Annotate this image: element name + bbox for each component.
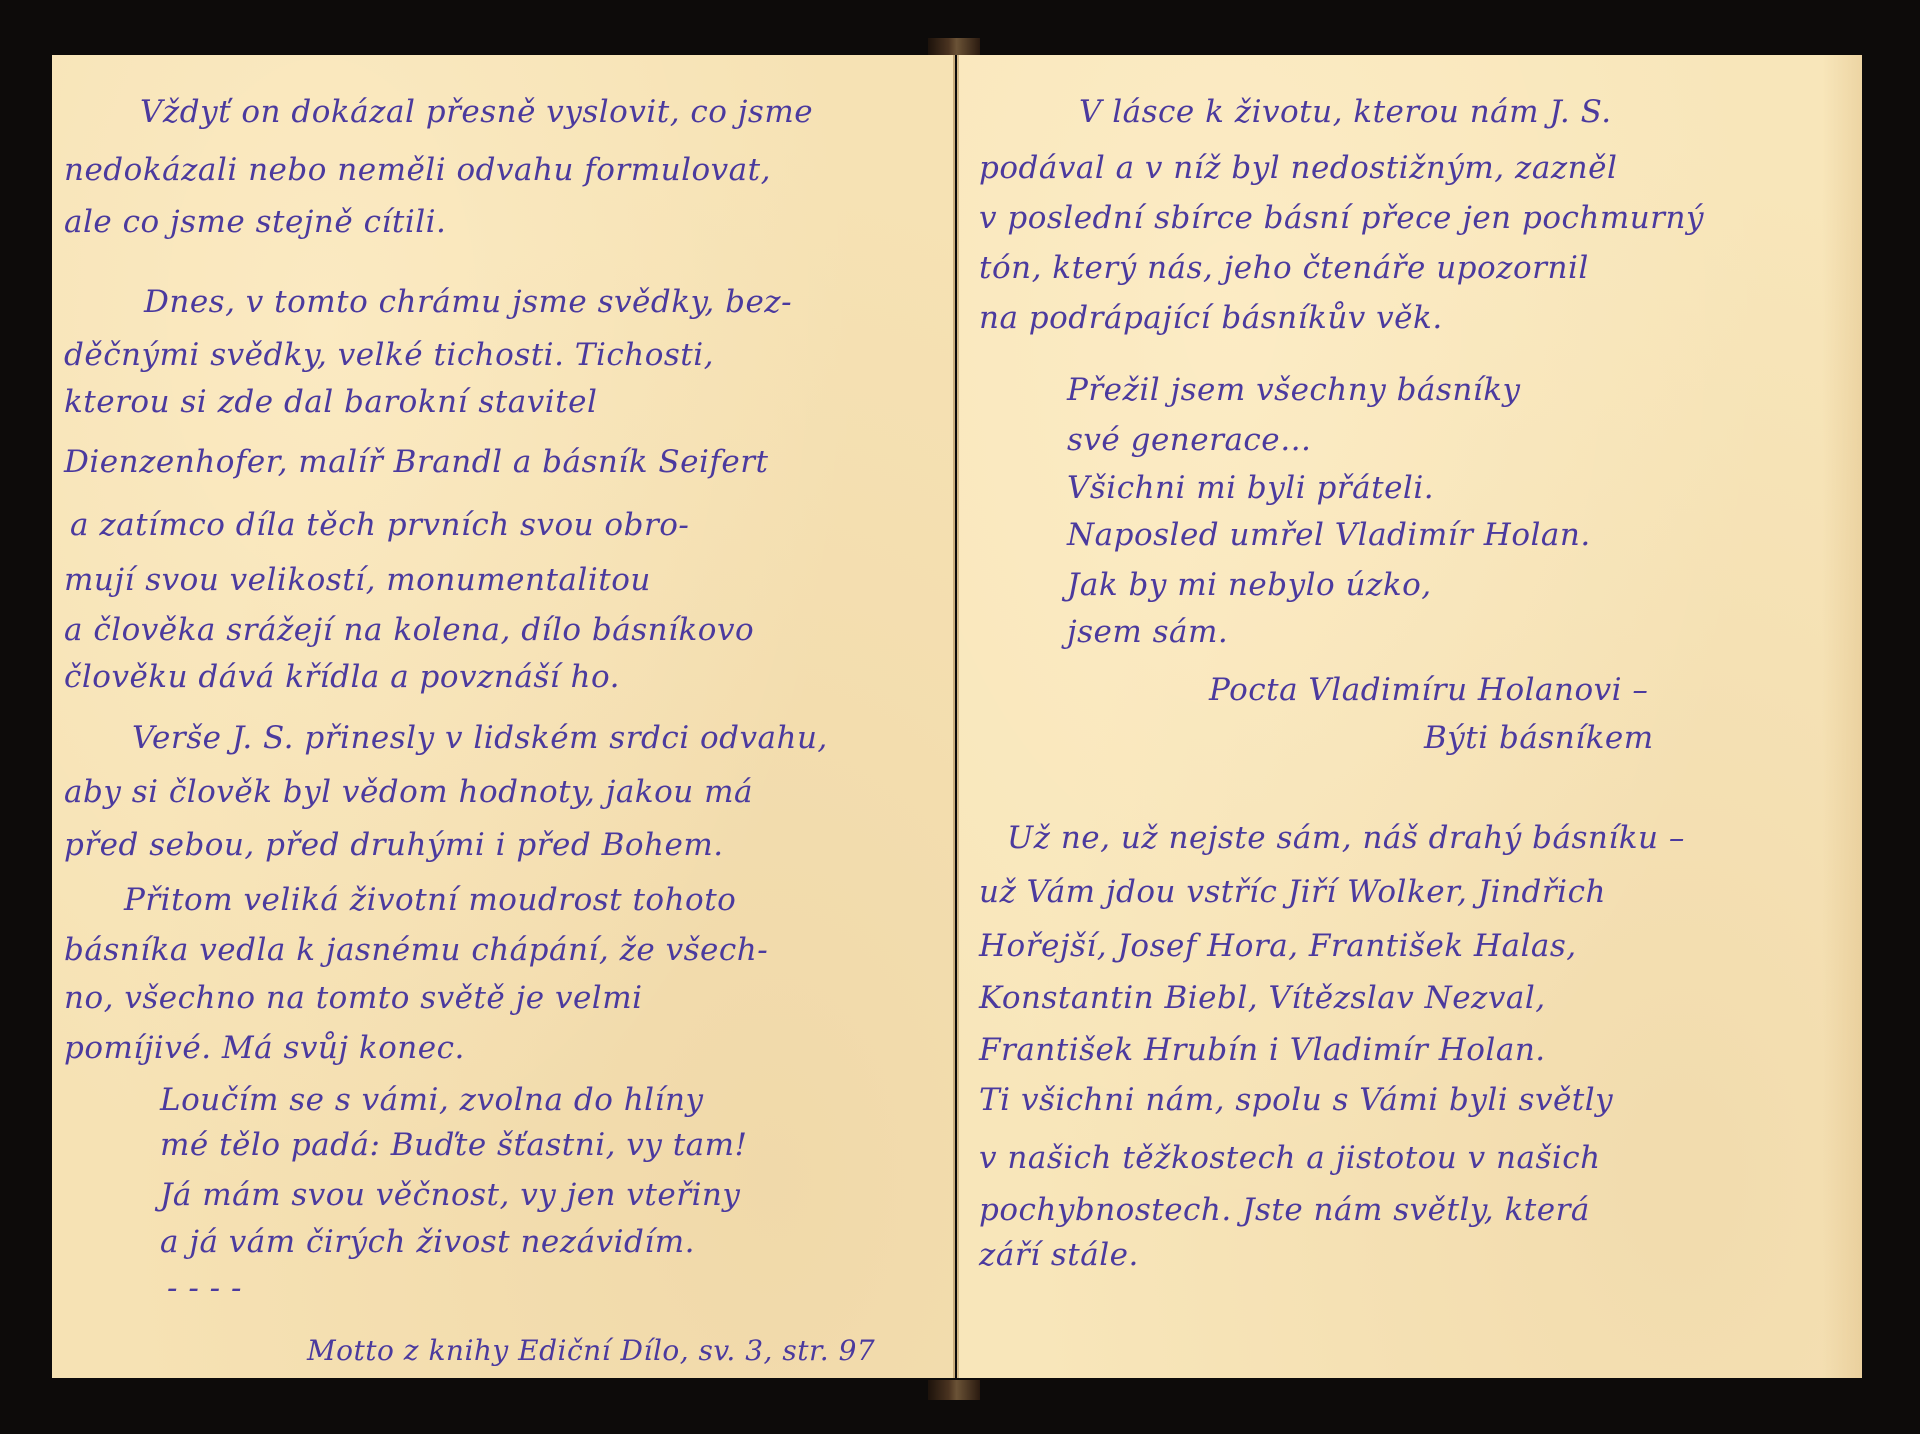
book-spine-bottom xyxy=(928,1380,980,1400)
ellipsis-dashes: - - - - xyxy=(167,1273,242,1304)
handwritten-line: pochybnostech. Jste nám světly, která xyxy=(979,1195,1590,1226)
poem-quote-line: jsem sám. xyxy=(1067,617,1228,648)
handwritten-line: před sebou, před druhými i před Bohem. xyxy=(64,830,724,861)
handwritten-line: Hořejší, Josef Hora, František Halas, xyxy=(979,931,1577,962)
poem-quote-line: mé tělo padá: Buďte šťastni, vy tam! xyxy=(160,1130,748,1161)
handwritten-line: a člověka srážejí na kolena, dílo básník… xyxy=(64,615,754,646)
handwritten-line: a zatímco díla těch prvních svou obro- xyxy=(70,510,689,541)
handwritten-line: v poslední sbírce básní přece jen pochmu… xyxy=(979,203,1704,234)
poem-attribution: Pocta Vladimíru Holanovi – xyxy=(1209,675,1648,706)
handwritten-line: už Vám jdou vstříc Jiří Wolker, Jindřich xyxy=(979,877,1606,908)
book-spine-top xyxy=(928,38,980,55)
handwritten-line: Dienzenhofer, malíř Brandl a básník Seif… xyxy=(64,447,769,478)
handwritten-line: František Hrubín i Vladimír Holan. xyxy=(979,1035,1546,1066)
left-page: Vždyť on dokázal přesně vyslovit, co jsm… xyxy=(52,55,955,1378)
handwritten-line: Ti všichni nám, spolu s Vámi byli světly xyxy=(979,1085,1613,1116)
handwritten-line: mují svou velikostí, monumentalitou xyxy=(64,565,651,596)
handwritten-line: Verše J. S. přinesly v lidském srdci odv… xyxy=(132,723,828,754)
poem-quote-line: Naposled umřel Vladimír Holan. xyxy=(1067,520,1591,551)
handwritten-line: aby si člověk byl vědom hodnoty, jakou m… xyxy=(64,777,753,808)
poem-quote-line: Já mám svou věčnost, vy jen vteřiny xyxy=(160,1180,740,1211)
handwritten-line: podával a v níž byl nedostižným, zazněl xyxy=(979,153,1617,184)
handwritten-line: Dnes, v tomto chrámu jsme svědky, bez- xyxy=(144,287,792,318)
poem-quote-line: Přežil jsem všechny básníky xyxy=(1067,375,1521,406)
poem-quote-line: a já vám čirých živost nezávidím. xyxy=(160,1227,695,1258)
handwritten-line: básníka vedla k jasnému chápání, že všec… xyxy=(64,935,768,966)
handwritten-line: V lásce k životu, kterou nám J. S. xyxy=(1079,97,1612,128)
handwritten-line: Už ne, už nejste sám, náš drahý básníku … xyxy=(1007,823,1685,854)
poem-quote-line: Jak by mi nebylo úzko, xyxy=(1067,570,1432,601)
handwritten-line: ale co jsme stejně cítili. xyxy=(64,207,446,238)
poem-quote-line: Všichni mi byli přáteli. xyxy=(1067,473,1434,504)
handwritten-line: Přitom veliká životní moudrost tohoto xyxy=(124,885,736,916)
handwritten-line: tón, který nás, jeho čtenáře upozornil xyxy=(979,253,1589,284)
poem-attribution: Býti básníkem xyxy=(1424,723,1654,754)
handwritten-line: Vždyť on dokázal přesně vyslovit, co jsm… xyxy=(140,97,813,128)
handwritten-line: v našich těžkostech a jistotou v našich xyxy=(979,1143,1601,1174)
handwritten-line: děčnými svědky, velké tichosti. Tichosti… xyxy=(64,340,714,371)
handwritten-line: nedokázali nebo neměli odvahu formulovat… xyxy=(64,155,771,186)
handwritten-line: kterou si zde dal barokní stavitel xyxy=(64,387,597,418)
handwritten-line: pomíjivé. Má svůj konec. xyxy=(64,1033,465,1064)
right-page: V lásce k životu, kterou nám J. S. podáv… xyxy=(957,55,1862,1378)
handwritten-line: no, všechno na tomto světě je velmi xyxy=(64,983,643,1014)
footnote-source: Motto z knihy Ediční Dílo, sv. 3, str. 9… xyxy=(307,1337,875,1365)
handwritten-line: člověku dává křídla a povznáší ho. xyxy=(64,662,620,693)
handwritten-line: září stále. xyxy=(979,1240,1139,1271)
poem-quote-line: své generace… xyxy=(1067,425,1312,456)
poem-quote-line: Loučím se s vámi, zvolna do hlíny xyxy=(160,1085,704,1116)
handwritten-line: na podrápající básníkův věk. xyxy=(979,303,1443,334)
handwritten-line: Konstantin Biebl, Vítězslav Nezval, xyxy=(979,983,1546,1014)
